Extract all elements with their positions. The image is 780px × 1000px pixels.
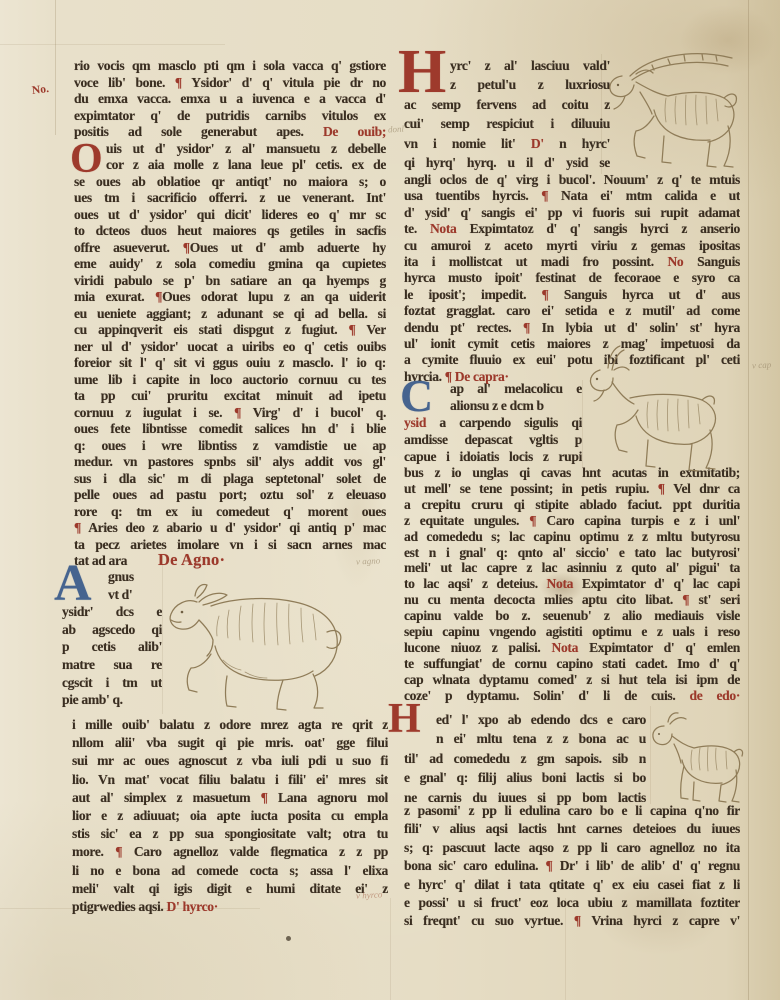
text-line: expimtator q' de putridis carnibs vitulo… [74, 108, 386, 125]
text-line: ita i mollistcat ut madi fro possint. No… [404, 254, 740, 270]
initial-O-ovis: O [70, 142, 103, 178]
text-line: cor z aia molle z lana leue pl' cetis. e… [74, 157, 386, 174]
text-line: s; q: pascuut lacte aqso z pp li caro ag… [404, 839, 740, 857]
text-line: meli' ut lac capre z lac asinniu z quto … [404, 560, 740, 576]
hircus-goat-drawing [606, 46, 750, 178]
text-line: oues fete libntisse comedit salices hn d… [74, 421, 386, 438]
text-line: ap al' melacolicu e [404, 380, 582, 397]
text-line: hyrca musto ipoit' festinat de fecoraoe … [404, 270, 740, 286]
text-line: pelle oues ad pastu port; oztu sol' z el… [74, 487, 386, 504]
left-column-agnus-narrow: gnusvt d'ysidr' dcs eab agscedo qip ceti… [62, 568, 162, 709]
text-line: cu amuroi z aceto myrti viriu z gemas ip… [404, 238, 740, 254]
rubric-text: ¶ [523, 320, 530, 335]
text-line: gnus [62, 568, 162, 586]
text-line: viridi pabulo se p' bn satiare an qa hye… [74, 273, 386, 290]
text-line: ¶ Aries deo z abario u d' ysidor' qi ant… [74, 520, 386, 537]
text-line: te suffungiat' de cornu capino stati cad… [404, 656, 740, 672]
text-line: sui mr ac oues agnoscut z vba iuli pdi u… [72, 752, 388, 770]
margin-gloss: v agno [356, 555, 381, 566]
text-line: eu ueniete aggiant; z adunant se qi ad b… [74, 306, 386, 323]
text-line: to lac aqsi' z deteius. Nota Expimtator … [404, 576, 740, 592]
text-line: te. Nota Expimtatoz d' q' sangis hyrci z… [404, 221, 740, 237]
text-line: ut mell' se tene possint; in petis rupiu… [404, 481, 740, 497]
text-line: mia exurat. ¶Oues odorat lupu z an qa ui… [74, 289, 386, 306]
text-line: medur. vn pastores spnbs sil' alys addit… [74, 454, 386, 471]
text-line: til' ad comededu z gm sapois. sib n [404, 749, 646, 768]
text-line: q: oues i wre libntiss z vamdistie ue ap [74, 438, 386, 455]
right-column-hedus-narrow: ed' l' xpo ab edendo dcs e caron ei' mlt… [404, 710, 646, 807]
rubric-text: ¶ [74, 520, 81, 535]
text-line: yrc' z al' lasciuu vald' [404, 56, 610, 75]
text-line: cu appinqverit eis stati dispgut z fugiu… [74, 322, 386, 339]
text-line: ed' l' xpo ab edendo dcs e caro [404, 710, 646, 729]
text-line: e possi' u si fruct' eoz loca ubiu z mam… [404, 894, 740, 912]
text-line: ab agscedo qi [62, 621, 162, 639]
text-line: rio vocis qm masclo pti qm i sola vacca … [74, 58, 386, 75]
text-line: ner ul d' ysidor' uocat a uiribs eo q' c… [74, 339, 386, 356]
nota-margin-mark: No. [31, 83, 49, 97]
margin-gloss: v hyrco [356, 889, 383, 900]
text-line: nu cu menta decocta mlies aptu cito liba… [404, 592, 740, 608]
text-line: usa tuentibs hyrcis. ¶ Nata ei' mtm cali… [404, 188, 740, 204]
rubric-text: ¶ [542, 287, 549, 302]
text-line: pie amb' q. [62, 691, 162, 709]
text-line: stis sic' ea z pp sua spongiositate valt… [72, 825, 388, 843]
text-line: amdisse depascat vgltis p [404, 431, 582, 448]
rubric-text: ¶ [574, 913, 581, 928]
text-line: z equitate ungules. ¶ Caro capina turpis… [404, 513, 740, 529]
text-line: alionsu z e dcm b [404, 397, 582, 414]
text-line: si freqnt' cu suo vyrtue. ¶ Vrina hyrci … [404, 912, 740, 930]
text-line: uis ut d' ysidor' z al' mansuetu z debel… [74, 141, 386, 158]
text-line: eme auidy' z sola comediu gmina qa cupie… [74, 256, 386, 273]
text-line: ta pp cui' pruritu excitat minuit ad ipe… [74, 388, 386, 405]
text-line: e hyrc' q' dilat i tata qtitate q' ex ei… [404, 876, 740, 894]
chapter-heading-de-agno: De Agno· [158, 550, 225, 570]
text-line: meli' valt qi igis digit e humi ditate e… [72, 880, 388, 898]
text-line: sus i dla sic' m di plaga septetonal' so… [74, 471, 386, 488]
text-line: z petul'u z luxriosu [404, 75, 610, 94]
text-line: lior e z adiuuat; oia apte iucta posita … [72, 807, 388, 825]
text-line: ad comededu s; lac capinu optimu z z mlt… [404, 529, 740, 545]
text-line: to dcteos duos heut maiores qs getiles i… [74, 223, 386, 240]
text-line: ysidr' dcs e [62, 603, 162, 621]
rubric-text: Nota [547, 576, 574, 591]
text-line: sepiu capinu vngendo agistiti optimu e z… [404, 624, 740, 640]
text-line: positis ad sole generabut apes. De ouib; [74, 124, 386, 141]
text-line: n ei' mltu tena z z bona ac u [404, 729, 646, 748]
rubric-text: De ouib; [323, 124, 386, 139]
text-line: a crepitu cruru qi stipite ablado faciut… [404, 497, 740, 513]
text-line: ysid a carpendo sigulis qi [404, 414, 582, 431]
text-line: p cetis alib' [62, 638, 162, 656]
rubric-text: ysid [404, 415, 426, 430]
text-line: ume lib i capite in loco auctorio cornuu… [74, 372, 386, 389]
margin-gloss: donl' [388, 124, 406, 135]
text-line: lio. Vn mat' vocat filiu balatu i fili' … [72, 771, 388, 789]
right-column-hircus-narrow: yrc' z al' lasciuu vald'z petul'u z luxr… [404, 56, 610, 172]
text-line: le iposit'; impedit. ¶ Sanguis hyrca ut … [404, 287, 740, 303]
hedus-kid-drawing [648, 708, 748, 808]
text-line: offre asueverut. ¶Oues ut d' amb aduerte… [74, 240, 386, 257]
text-line: est n i gnal' q: qnto al' siccio' e tato… [404, 545, 740, 561]
text-line: qi hyrq' hyrq. u il d' ysid se [404, 153, 610, 172]
text-line: nllom alii' vba sugit qi pie mris. oat' … [72, 734, 388, 752]
text-line: vt d' [62, 586, 162, 604]
left-column-upper: rio vocis qm masclo pti qm i sola vacca … [74, 58, 386, 570]
text-line: rore q: tm ex iu comedeut q' morent oues [74, 504, 386, 521]
rubric-text: ¶ [183, 240, 190, 255]
rubric-text: de edo· [689, 688, 740, 703]
rubric-text: Nota [430, 221, 457, 236]
text-line: cap wlnata dyptamu comed' z si hut tela … [404, 672, 740, 688]
text-line: ptigrwedies aqsi. D' hyrco· [72, 898, 388, 916]
text-line: se oues ab oblatioe qr antiqt' no maiora… [74, 174, 386, 191]
text-line: ues tm i sacrificio offerri. z ue venera… [74, 190, 386, 207]
text-line: cui' semp respiciut i diluuiu [404, 114, 610, 133]
text-line: ta pecz arietes imolare vn i si sacn arn… [74, 537, 386, 554]
text-line: bona sic' caro edulina. ¶ Dr' i lib' de … [404, 857, 740, 875]
manuscript-page: rio vocis qm masclo pti qm i sola vacca … [0, 0, 780, 1000]
text-line: lucone niuoz z palisi. Nota Expimtator d… [404, 640, 740, 656]
rubric-text: D' hyrco· [167, 899, 218, 914]
rubric-text: ¶ [175, 75, 182, 90]
text-line: matre sua re [62, 656, 162, 674]
text-line: foreior sit l' q' sit vi ggus ouiu z mas… [74, 355, 386, 372]
text-line: coze' p dyptamu. Solin' d' li de cuis. d… [404, 688, 740, 704]
text-line: voce lib' bone. ¶ Ysidor' d' q' vitula p… [74, 75, 386, 92]
text-line: li no e bona ad comede cocta s; assa l' … [72, 862, 388, 880]
rubric-text: D' [531, 136, 544, 151]
text-line: capue i idoiatis locis z rupi [404, 448, 582, 465]
capra-goat-drawing [586, 342, 744, 482]
rubric-text: ¶ [261, 790, 268, 805]
text-line: d' ysid' q' sangis ei' pp vi fuoris sui … [404, 205, 740, 221]
text-line: capinu valde bo z. seuenub' z alio media… [404, 608, 740, 624]
right-column-capra-narrow: ap al' melacolicu ealionsu z e dcm bysid… [404, 380, 582, 465]
agnus-lamb-drawing [163, 576, 353, 718]
text-line: i mille ouib' balatu z odore mrez agta r… [72, 716, 388, 734]
text-line: more. ¶ Caro agnelloz valde flegmatica z… [72, 843, 388, 861]
left-column-lower: i mille ouib' balatu z odore mrez agta r… [72, 716, 388, 916]
rubric-text: ¶ [658, 481, 665, 496]
text-line: du emxa vacca. emxa u a iuvenca e a vacc… [74, 91, 386, 108]
right-column-capra-full: bus z io unglas qi cavas hnt acutas in e… [404, 465, 740, 704]
text-line: e gnal' q: filij alius boni lactis si bo [404, 768, 646, 787]
text-line: vn i nomie lit' D' n hyrc' [404, 134, 610, 153]
right-column-lower: z pasomi' z pp li edulina caro bo e li c… [404, 802, 740, 931]
rubric-text: No [667, 254, 683, 269]
ruling-capra-wrap [582, 380, 583, 468]
text-line: oues ut d' ysidor' qui dicit' lideres eo… [74, 207, 386, 224]
crease-bottom-v1 [390, 898, 391, 1000]
ink-spot [286, 936, 291, 941]
crease-top [0, 44, 225, 45]
text-line: cgscit i tm ut [62, 674, 162, 692]
margin-gloss: v cap [752, 360, 772, 371]
rubric-text: Nota [552, 640, 579, 655]
text-line: cornuu z iugulat i se. ¶ Virg' d' i buco… [74, 405, 386, 422]
text-line: fili' v alius aqsi lactis hnt carnes det… [404, 820, 740, 838]
text-line: dendu pt' rectes. ¶ In lybia ut d' solin… [404, 320, 740, 336]
text-line: ac semp fervens ad coitu z [404, 95, 610, 114]
text-line: aut al' simplex z masuetum ¶ Lana agnoru… [72, 789, 388, 807]
text-line: foztat gragglat. caro ei' setida e z mut… [404, 303, 740, 319]
page-edge-line [55, 0, 56, 135]
